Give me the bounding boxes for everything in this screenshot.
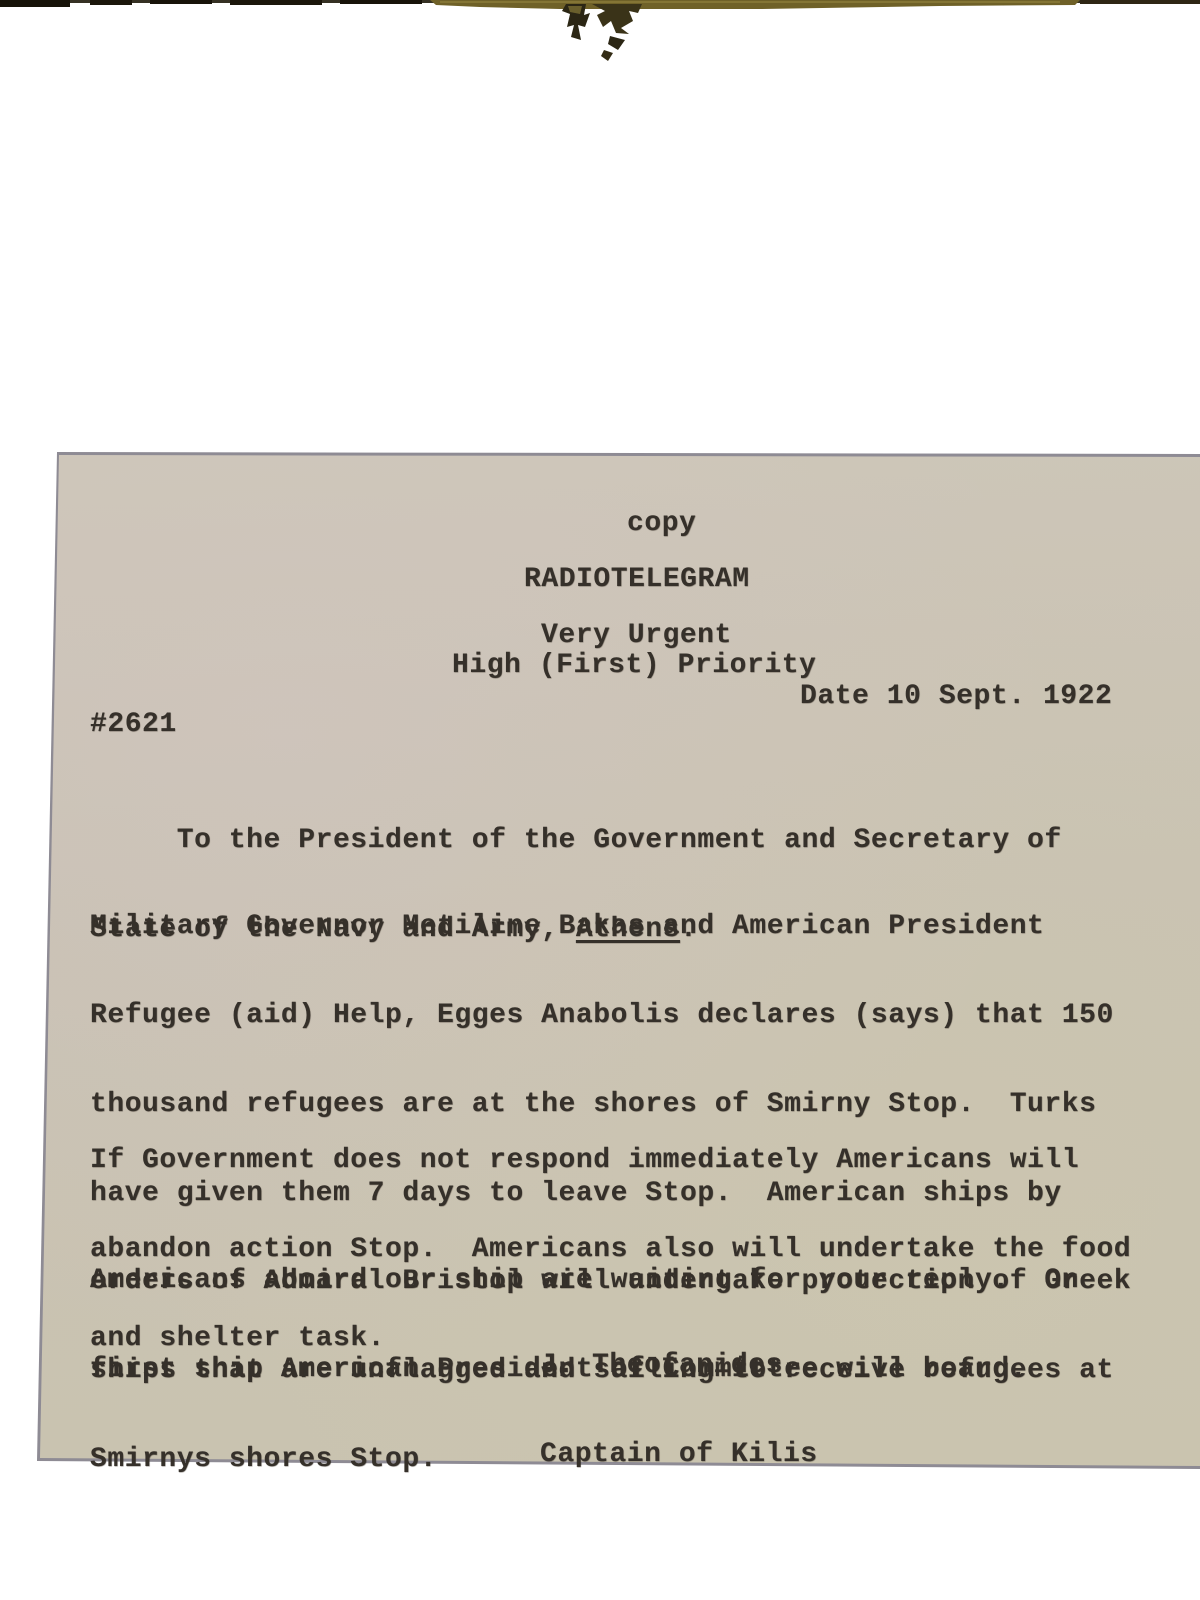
signature-title: Captain of Kilis bbox=[540, 1440, 818, 1470]
p2-line-1: If Government does not respond immediate… bbox=[90, 1146, 1131, 1176]
signature-block: J. Theofanides Captain of Kilis bbox=[540, 1292, 818, 1529]
p1-line-1: Military Governor Metiline Bakas and Ame… bbox=[90, 912, 1131, 942]
date-line: Date 10 Sept. 1922 bbox=[800, 682, 1112, 712]
p1-line-2: Refugee (aid) Help, Egges Anabolis decla… bbox=[90, 1001, 1131, 1031]
document-title: RADIOTELEGRAM bbox=[524, 565, 750, 595]
telegram-content: copy RADIOTELEGRAM Very Urgent High (Fir… bbox=[0, 0, 1200, 1600]
copy-label: copy bbox=[627, 509, 696, 539]
urgency-line: Very Urgent bbox=[541, 621, 732, 651]
priority-line: High (First) Priority bbox=[452, 651, 816, 681]
photo-canvas: copy RADIOTELEGRAM Very Urgent High (Fir… bbox=[0, 0, 1200, 1600]
reference-number: #2621 bbox=[90, 710, 177, 740]
signature-name: J. Theofanides bbox=[540, 1351, 818, 1381]
salutation-line-1: To the President of the Government and S… bbox=[90, 826, 1062, 856]
